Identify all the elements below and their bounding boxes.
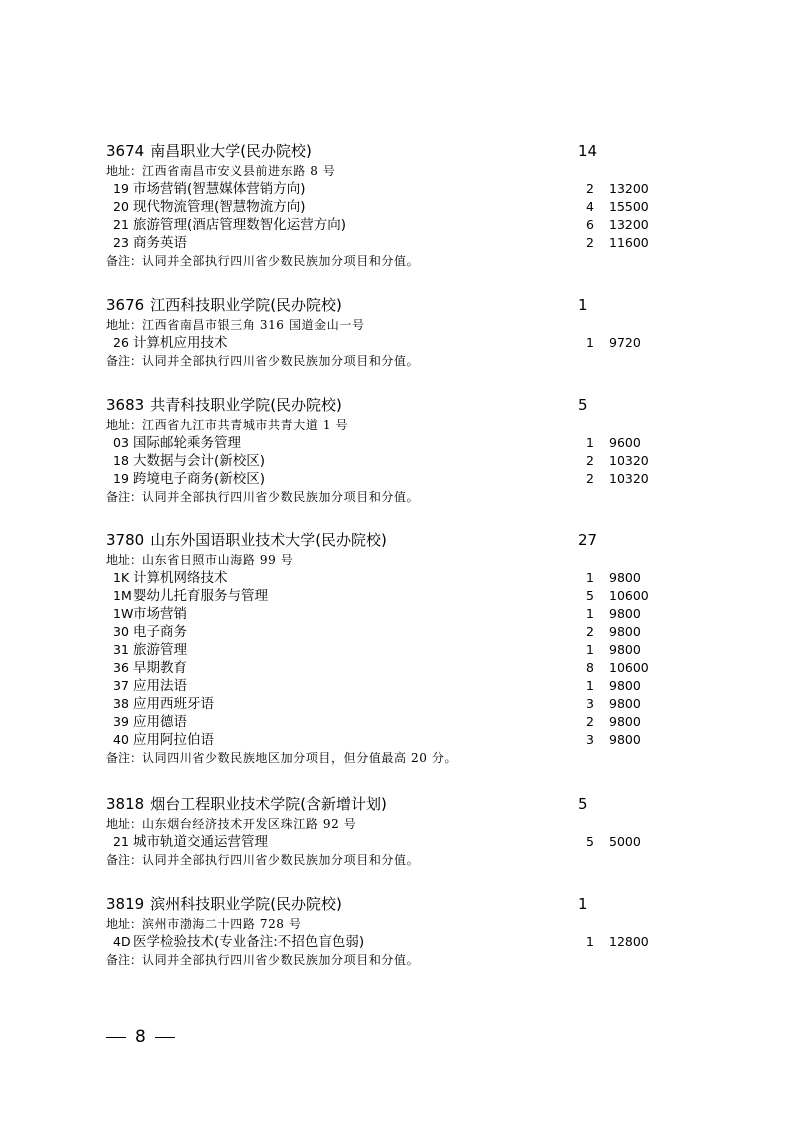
major-count: 2 (586, 713, 594, 731)
note-label: 备注： (106, 354, 142, 368)
major-count: 5 (586, 587, 594, 605)
address-text: 江西省九江市共青城市共青大道 1 号 (142, 418, 348, 432)
major-name: 电子商务 (133, 623, 187, 641)
major-name: 应用阿拉伯语 (133, 731, 214, 749)
school-note: 备注：认同并全部执行四川省少数民族加分项目和分值。 (106, 851, 666, 869)
major-code: 30 (113, 623, 129, 641)
school-name: 江西科技职业学院(民办院校) (150, 294, 342, 316)
major-count: 1 (586, 434, 594, 452)
school-note: 备注：认同并全部执行四川省少数民族加分项目和分值。 (106, 352, 666, 370)
major-name: 计算机网络技术 (133, 569, 228, 587)
major-row: 38 应用西班牙语 3 9800 (106, 695, 666, 713)
address-text: 山东烟台经济技术开发区珠江路 92 号 (142, 817, 356, 831)
major-count: 1 (586, 933, 594, 951)
major-code: 21 (113, 216, 129, 234)
page-number-dash-left (106, 1037, 126, 1038)
note-label: 备注： (106, 751, 142, 765)
school-note: 备注：认同并全部执行四川省少数民族加分项目和分值。 (106, 252, 666, 270)
major-row: 18 大数据与会计(新校区) 2 10320 (106, 452, 666, 470)
major-count: 2 (586, 470, 594, 488)
address-label: 地址： (106, 318, 142, 332)
address-label: 地址： (106, 164, 142, 178)
major-count: 6 (586, 216, 594, 234)
note-label: 备注： (106, 254, 142, 268)
address-text: 山东省日照市山海路 99 号 (142, 553, 293, 567)
note-label: 备注： (106, 853, 142, 867)
school-header: 3676江西科技职业学院(民办院校) 1 (106, 294, 666, 316)
major-fee: 13200 (609, 216, 649, 234)
major-code: 1K (113, 569, 129, 587)
major-fee: 10600 (609, 659, 649, 677)
major-count: 2 (586, 452, 594, 470)
major-row: 03 国际邮轮乘务管理 1 9600 (106, 434, 666, 452)
major-fee: 11600 (609, 234, 649, 252)
school-address: 地址：江西省九江市共青城市共青大道 1 号 (106, 416, 666, 434)
page-number-value: 8 (135, 1025, 146, 1049)
major-name: 市场营销(智慧媒体营销方向) (133, 180, 306, 198)
school-name: 南昌职业大学(民办院校) (150, 140, 312, 162)
major-row: 1M 婴幼儿托育服务与管理 5 10600 (106, 587, 666, 605)
major-count: 3 (586, 731, 594, 749)
major-code: 26 (113, 334, 129, 352)
major-row: 40 应用阿拉伯语 3 9800 (106, 731, 666, 749)
page-number-dash-right (155, 1037, 175, 1038)
school-code: 3676 (106, 294, 144, 316)
address-label: 地址： (106, 418, 142, 432)
major-code: 37 (113, 677, 129, 695)
major-name: 现代物流管理(智慧物流方向) (133, 198, 306, 216)
school-block: 3780山东外国语职业技术大学(民办院校) 27 地址：山东省日照市山海路 99… (106, 529, 666, 767)
school-address: 地址：滨州市渤海二十四路 728 号 (106, 915, 666, 933)
major-count: 2 (586, 234, 594, 252)
major-count: 1 (586, 641, 594, 659)
address-label: 地址： (106, 917, 142, 931)
major-row: 39 应用德语 2 9800 (106, 713, 666, 731)
major-code: 1M (113, 587, 132, 605)
major-code: 18 (113, 452, 129, 470)
major-count: 4 (586, 198, 594, 216)
major-name: 市场营销 (133, 605, 187, 623)
major-row: 23 商务英语 2 11600 (106, 234, 666, 252)
note-text: 认同并全部执行四川省少数民族加分项目和分值。 (142, 354, 419, 368)
major-code: 19 (113, 470, 129, 488)
major-row: 1K 计算机网络技术 1 9800 (106, 569, 666, 587)
major-name: 应用德语 (133, 713, 187, 731)
major-count: 5 (586, 833, 594, 851)
school-code: 3818 (106, 793, 144, 815)
school-header: 3780山东外国语职业技术大学(民办院校) 27 (106, 529, 666, 551)
major-name: 应用法语 (133, 677, 187, 695)
major-row: 21 旅游管理(酒店管理数智化运营方向) 6 13200 (106, 216, 666, 234)
major-name: 医学检验技术(专业备注:不招色盲色弱) (133, 933, 364, 951)
major-code: 23 (113, 234, 129, 252)
note-text: 认同四川省少数民族地区加分项目，但分值最高 20 分。 (142, 751, 457, 765)
school-name: 滨州科技职业学院(民办院校) (150, 893, 342, 915)
major-fee: 5000 (609, 833, 641, 851)
major-name: 旅游管理 (133, 641, 187, 659)
major-row: 26 计算机应用技术 1 9720 (106, 334, 666, 352)
major-name: 计算机应用技术 (133, 334, 228, 352)
address-label: 地址： (106, 553, 142, 567)
major-fee: 9800 (609, 605, 641, 623)
document-page: 3674南昌职业大学(民办院校) 14 地址：江西省南昌市安义县前进东路 8 号… (0, 0, 793, 1122)
note-text: 认同并全部执行四川省少数民族加分项目和分值。 (142, 953, 419, 967)
major-code: 4D (113, 933, 131, 951)
school-code: 3674 (106, 140, 144, 162)
major-row: 4D 医学检验技术(专业备注:不招色盲色弱) 1 12800 (106, 933, 666, 951)
note-label: 备注： (106, 490, 142, 504)
major-fee: 9800 (609, 641, 641, 659)
address-text: 江西省南昌市银三角 316 国道金山一号 (142, 318, 365, 332)
address-text: 滨州市渤海二十四路 728 号 (142, 917, 302, 931)
major-code: 19 (113, 180, 129, 198)
major-row: 37 应用法语 1 9800 (106, 677, 666, 695)
major-fee: 12800 (609, 933, 649, 951)
major-count: 1 (586, 677, 594, 695)
major-fee: 9800 (609, 695, 641, 713)
school-address: 地址：江西省南昌市银三角 316 国道金山一号 (106, 316, 666, 334)
major-fee: 9800 (609, 713, 641, 731)
major-fee: 9600 (609, 434, 641, 452)
major-fee: 9800 (609, 677, 641, 695)
major-name: 国际邮轮乘务管理 (133, 434, 241, 452)
major-code: 21 (113, 833, 129, 851)
major-name: 婴幼儿托育服务与管理 (133, 587, 268, 605)
major-code: 38 (113, 695, 129, 713)
major-code: 20 (113, 198, 129, 216)
major-row: 21 城市轨道交通运营管理 5 5000 (106, 833, 666, 851)
major-count: 2 (586, 180, 594, 198)
school-code: 3780 (106, 529, 144, 551)
major-fee: 9800 (609, 569, 641, 587)
school-name: 烟台工程职业技术学院(含新增计划) (150, 793, 387, 815)
major-name: 应用西班牙语 (133, 695, 214, 713)
major-row: 36 早期教育 8 10600 (106, 659, 666, 677)
major-code: 39 (113, 713, 129, 731)
major-code: 40 (113, 731, 129, 749)
school-plan-count: 5 (578, 394, 588, 416)
major-count: 1 (586, 569, 594, 587)
address-label: 地址： (106, 817, 142, 831)
major-fee: 10600 (609, 587, 649, 605)
school-plan-count: 5 (578, 793, 588, 815)
major-count: 1 (586, 334, 594, 352)
school-code: 3683 (106, 394, 144, 416)
page-number: 8 (106, 1025, 175, 1049)
major-code: 03 (113, 434, 129, 452)
major-code: 36 (113, 659, 129, 677)
school-address: 地址：江西省南昌市安义县前进东路 8 号 (106, 162, 666, 180)
school-block: 3676江西科技职业学院(民办院校) 1 地址：江西省南昌市银三角 316 国道… (106, 294, 666, 370)
major-row: 19 跨境电子商务(新校区) 2 10320 (106, 470, 666, 488)
major-code: 1W (113, 605, 133, 623)
school-block: 3818烟台工程职业技术学院(含新增计划) 5 地址：山东烟台经济技术开发区珠江… (106, 793, 666, 869)
major-name: 跨境电子商务(新校区) (133, 470, 265, 488)
major-fee: 13200 (609, 180, 649, 198)
school-note: 备注：认同四川省少数民族地区加分项目，但分值最高 20 分。 (106, 749, 666, 767)
major-fee: 9720 (609, 334, 641, 352)
major-count: 8 (586, 659, 594, 677)
major-fee: 15500 (609, 198, 649, 216)
school-note: 备注：认同并全部执行四川省少数民族加分项目和分值。 (106, 488, 666, 506)
school-plan-count: 14 (578, 140, 597, 162)
school-plan-count: 27 (578, 529, 597, 551)
school-header: 3818烟台工程职业技术学院(含新增计划) 5 (106, 793, 666, 815)
note-text: 认同并全部执行四川省少数民族加分项目和分值。 (142, 254, 419, 268)
school-block: 3674南昌职业大学(民办院校) 14 地址：江西省南昌市安义县前进东路 8 号… (106, 140, 666, 270)
major-name: 旅游管理(酒店管理数智化运营方向) (133, 216, 346, 234)
school-header: 3674南昌职业大学(民办院校) 14 (106, 140, 666, 162)
major-fee: 10320 (609, 470, 649, 488)
school-header: 3683共青科技职业学院(民办院校) 5 (106, 394, 666, 416)
major-count: 3 (586, 695, 594, 713)
major-code: 31 (113, 641, 129, 659)
major-fee: 9800 (609, 623, 641, 641)
school-name: 共青科技职业学院(民办院校) (150, 394, 342, 416)
school-code: 3819 (106, 893, 144, 915)
note-text: 认同并全部执行四川省少数民族加分项目和分值。 (142, 853, 419, 867)
major-count: 1 (586, 605, 594, 623)
major-fee: 9800 (609, 731, 641, 749)
major-name: 城市轨道交通运营管理 (133, 833, 268, 851)
major-row: 31 旅游管理 1 9800 (106, 641, 666, 659)
school-block: 3819滨州科技职业学院(民办院校) 1 地址：滨州市渤海二十四路 728 号 … (106, 893, 666, 969)
major-fee: 10320 (609, 452, 649, 470)
note-text: 认同并全部执行四川省少数民族加分项目和分值。 (142, 490, 419, 504)
school-block: 3683共青科技职业学院(民办院校) 5 地址：江西省九江市共青城市共青大道 1… (106, 394, 666, 506)
major-row: 30 电子商务 2 9800 (106, 623, 666, 641)
note-label: 备注： (106, 953, 142, 967)
major-count: 2 (586, 623, 594, 641)
school-note: 备注：认同并全部执行四川省少数民族加分项目和分值。 (106, 951, 666, 969)
address-text: 江西省南昌市安义县前进东路 8 号 (142, 164, 335, 178)
school-name: 山东外国语职业技术大学(民办院校) (150, 529, 387, 551)
major-row: 19 市场营销(智慧媒体营销方向) 2 13200 (106, 180, 666, 198)
major-name: 早期教育 (133, 659, 187, 677)
major-name: 商务英语 (133, 234, 187, 252)
school-plan-count: 1 (578, 893, 588, 915)
school-address: 地址：山东省日照市山海路 99 号 (106, 551, 666, 569)
school-address: 地址：山东烟台经济技术开发区珠江路 92 号 (106, 815, 666, 833)
major-row: 20 现代物流管理(智慧物流方向) 4 15500 (106, 198, 666, 216)
major-name: 大数据与会计(新校区) (133, 452, 265, 470)
major-row: 1W 市场营销 1 9800 (106, 605, 666, 623)
school-plan-count: 1 (578, 294, 588, 316)
school-header: 3819滨州科技职业学院(民办院校) 1 (106, 893, 666, 915)
